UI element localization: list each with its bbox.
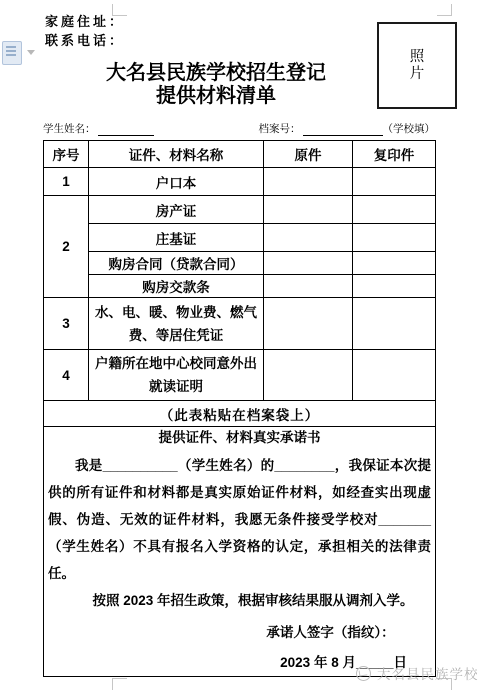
material-name: 户口本 xyxy=(89,168,264,196)
margin-mark-bottom-left xyxy=(112,678,127,690)
page-title: 大名县民族学校招生登记 提供材料清单 xyxy=(40,62,392,108)
chevron-down-icon[interactable] xyxy=(27,50,35,55)
school-watermark: 大名县民族学校 xyxy=(356,663,479,683)
pledge-title: 提供证件、材料真实承诺书 xyxy=(48,427,431,449)
material-name: 房产证 xyxy=(89,196,264,224)
home-address-label: 家庭住址： xyxy=(45,12,125,31)
copy-blank-cell xyxy=(353,168,436,196)
school-watermark-text: 大名县民族学校 xyxy=(377,663,479,683)
pledge-signature-label: 承诺人签字（指纹）： xyxy=(48,619,431,646)
original-blank-cell xyxy=(264,224,353,252)
table-row: 2 房产证 xyxy=(44,196,436,224)
original-blank-cell xyxy=(264,350,353,401)
table-row: 1 户口本 xyxy=(44,168,436,196)
copy-blank-cell xyxy=(353,298,436,350)
margin-mark-top-right xyxy=(437,4,452,16)
material-name: 购房合同（贷款合同） xyxy=(89,252,264,275)
row-index: 3 xyxy=(44,298,89,350)
archive-bag-note: （此表粘贴在档案袋上） xyxy=(44,401,436,427)
copy-blank-cell xyxy=(353,224,436,252)
phone-label: 联系电话： xyxy=(45,31,125,50)
copy-blank-cell xyxy=(353,252,436,275)
pledge-section: 提供证件、材料真实承诺书 我是__________（学生姓名）的________… xyxy=(44,427,436,677)
col-header-original: 原件 xyxy=(264,141,353,168)
col-header-material: 证件、材料名称 xyxy=(89,141,264,168)
original-blank-cell xyxy=(264,196,353,224)
material-name: 户籍所在地中心校同意外出就读证明 xyxy=(89,350,264,401)
row-index: 2 xyxy=(44,196,89,298)
table-row: 购房合同（贷款合同） xyxy=(44,252,436,275)
material-name: 购房交款条 xyxy=(89,275,264,298)
contact-block: 家庭住址： 联系电话： xyxy=(45,12,125,50)
original-blank-cell xyxy=(264,275,353,298)
school-logo-icon xyxy=(356,666,371,681)
material-name: 水、电、暖、物业费、燃气费、等居住凭证 xyxy=(89,298,264,350)
material-name: 庄基证 xyxy=(89,224,264,252)
copy-blank-cell xyxy=(353,350,436,401)
table-row: 4 户籍所在地中心校同意外出就读证明 xyxy=(44,350,436,401)
materials-table: 序号 证件、材料名称 原件 复印件 1 户口本 2 房产证 庄基证 购房合同（贷… xyxy=(43,140,436,677)
photo-label: 照片 xyxy=(409,49,425,82)
school-fill-note: （学校填） xyxy=(383,121,436,136)
original-blank-cell xyxy=(264,298,353,350)
table-row: 3 水、电、暖、物业费、燃气费、等居住凭证 xyxy=(44,298,436,350)
paste-options-icon[interactable] xyxy=(2,41,22,65)
col-header-copy: 复印件 xyxy=(353,141,436,168)
row-index: 4 xyxy=(44,350,89,401)
pledge-row: 提供证件、材料真实承诺书 我是__________（学生姓名）的________… xyxy=(44,427,436,677)
page-title-line1: 大名县民族学校招生登记 xyxy=(40,62,392,85)
table-note-row: （此表粘贴在档案袋上） xyxy=(44,401,436,427)
page-title-line2: 提供材料清单 xyxy=(40,85,392,108)
col-header-index: 序号 xyxy=(44,141,89,168)
original-blank-cell xyxy=(264,168,353,196)
original-blank-cell xyxy=(264,252,353,275)
pledge-body-paragraph: 我是__________（学生姓名）的________，我保证本次提供的所有证件… xyxy=(48,452,431,587)
archive-no-label: 档案号： xyxy=(259,121,301,136)
table-row: 庄基证 xyxy=(44,224,436,252)
student-name-blank xyxy=(98,124,154,136)
copy-blank-cell xyxy=(353,275,436,298)
student-info-line: 学生姓名： 档案号： （学校填） xyxy=(43,121,435,136)
table-row: 购房交款条 xyxy=(44,275,436,298)
student-name-label: 学生姓名： xyxy=(43,121,96,136)
document-page: { "page": { "home_address_label": "家庭住址：… xyxy=(0,0,490,694)
row-index: 1 xyxy=(44,168,89,196)
copy-blank-cell xyxy=(353,196,436,224)
pledge-policy-line: 按照 2023 年招生政策，根据审核结果服从调剂入学。 xyxy=(48,587,431,614)
archive-no-blank xyxy=(303,124,383,136)
table-header-row: 序号 证件、材料名称 原件 复印件 xyxy=(44,141,436,168)
